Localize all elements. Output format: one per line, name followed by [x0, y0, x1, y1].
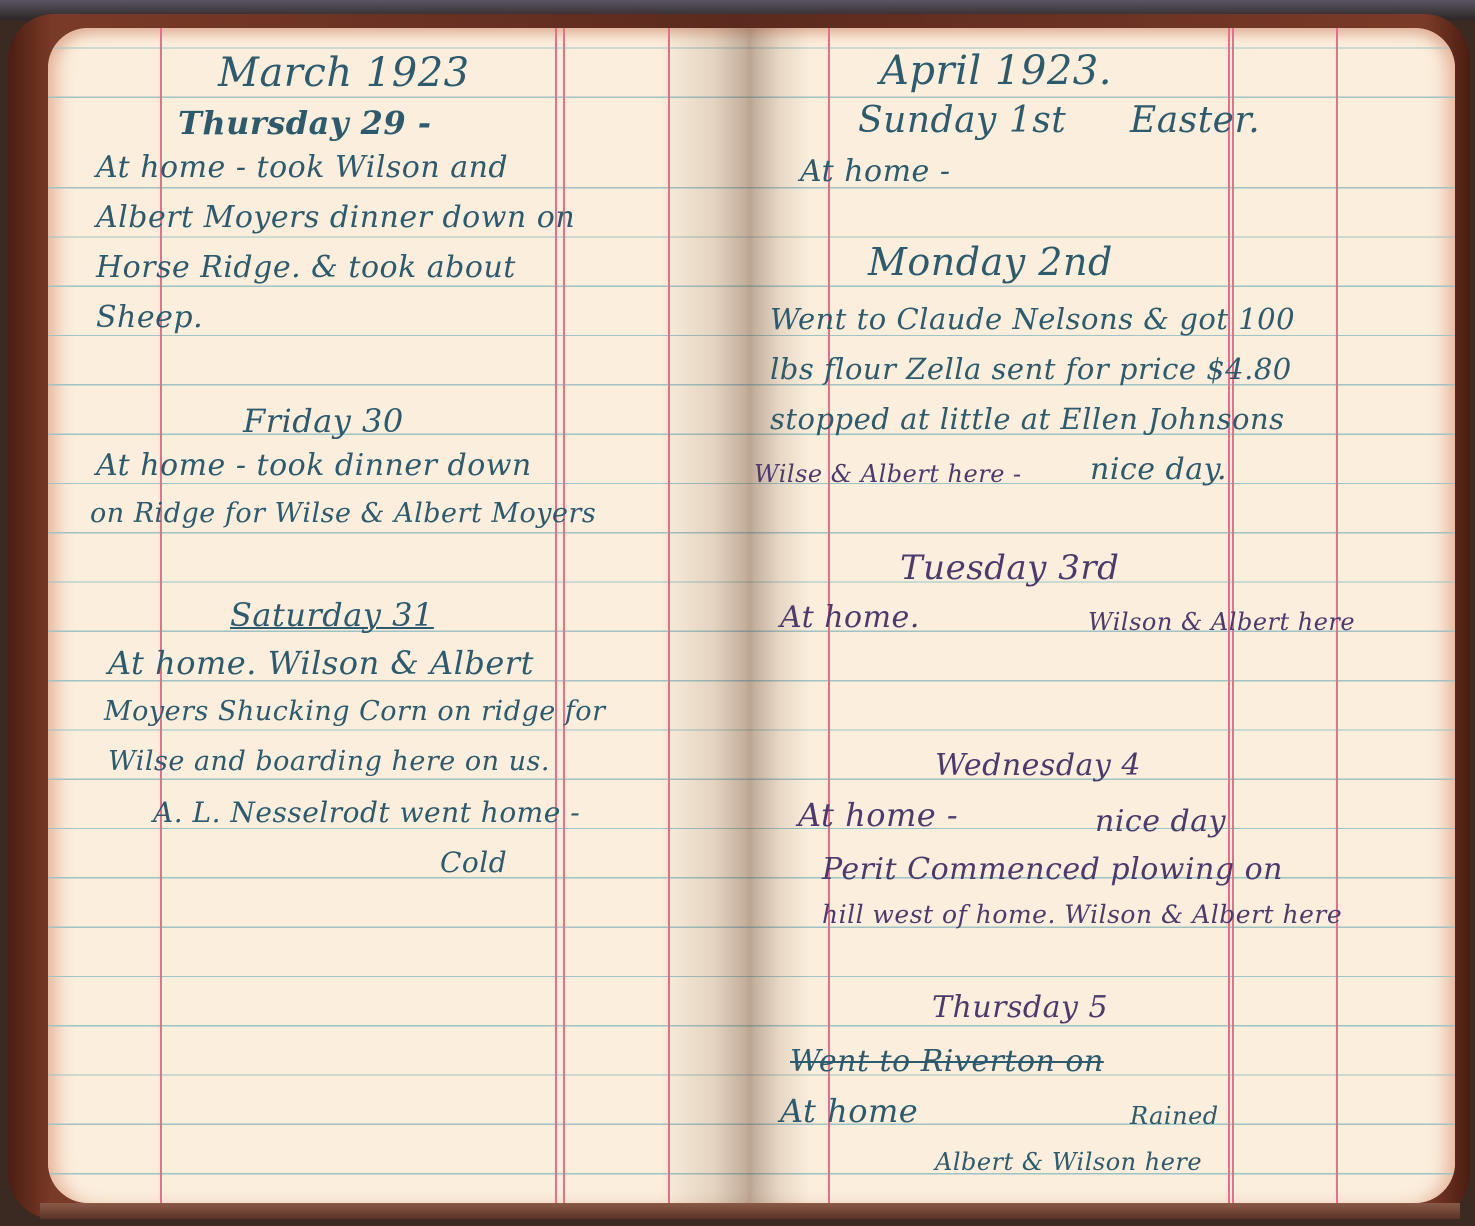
entry-line: on Ridge for Wilse & Albert Moyers [90, 498, 596, 529]
day-heading-monday-2: Monday 2nd [868, 240, 1113, 284]
entry-line: Albert Moyers dinner down on [96, 200, 575, 235]
weather-note: Cold [440, 846, 507, 879]
weather-note: nice day [1095, 804, 1226, 839]
left-page: March 1923 Thursday 29 - At home - took … [48, 28, 750, 1203]
entry-line: stopped at little at Ellen Johnsons [770, 402, 1285, 436]
entry-line: At home - [798, 796, 958, 834]
entry-line: At home. Wilson & Albert [108, 644, 534, 682]
weather-note: nice day. [1090, 452, 1227, 487]
entry-line: lbs flour Zella sent for price $4.80 [770, 352, 1292, 386]
day-heading-friday-30: Friday 30 [243, 402, 404, 440]
day-heading-saturday-31: Saturday 31 [230, 596, 434, 634]
day-heading-sunday-1: Sunday 1st [858, 100, 1066, 141]
entry-line: hill west of home. Wilson & Albert here [822, 900, 1342, 929]
entry-line: At home - [800, 154, 951, 189]
day-heading-wednesday-4: Wednesday 4 [935, 748, 1141, 783]
entry-line: Wilse and boarding here on us. [108, 746, 550, 777]
entry-line: Sheep. [96, 300, 203, 335]
entry-line: At home [780, 1092, 918, 1130]
entry-line: At home - took dinner down [96, 448, 532, 483]
right-page: April 1923. Sunday 1st Easter. At home -… [750, 28, 1455, 1203]
entry-line: Went to Claude Nelsons & got 100 [770, 302, 1295, 336]
notebook-bottom-edge [40, 1203, 1460, 1219]
entry-line: At home - took Wilson and [96, 150, 508, 185]
holiday-note: Easter. [1130, 100, 1260, 141]
entry-line: Horse Ridge. & took about [96, 250, 516, 285]
entry-line: Albert & Wilson here [935, 1148, 1202, 1176]
day-heading-thursday-5: Thursday 5 [932, 990, 1108, 1025]
entry-line: Wilse & Albert here - [754, 460, 1022, 488]
day-heading-tuesday-3: Tuesday 3rd [900, 548, 1119, 588]
entry-line: Wilson & Albert here [1088, 608, 1355, 636]
struck-entry-line: Went to Riverton on [790, 1044, 1104, 1079]
month-heading: March 1923 [218, 50, 470, 96]
weather-note: Rained [1130, 1102, 1219, 1130]
entry-line: Perit Commenced plowing on [822, 852, 1283, 887]
entry-line: Moyers Shucking Corn on ridge for [104, 696, 605, 727]
day-heading-thursday-29: Thursday 29 - [178, 104, 432, 142]
month-heading: April 1923. [880, 48, 1112, 94]
entry-line: A. L. Nesselrodt went home - [153, 796, 580, 829]
gutter-shadow [660, 28, 750, 1203]
entry-line: At home. [780, 600, 920, 635]
